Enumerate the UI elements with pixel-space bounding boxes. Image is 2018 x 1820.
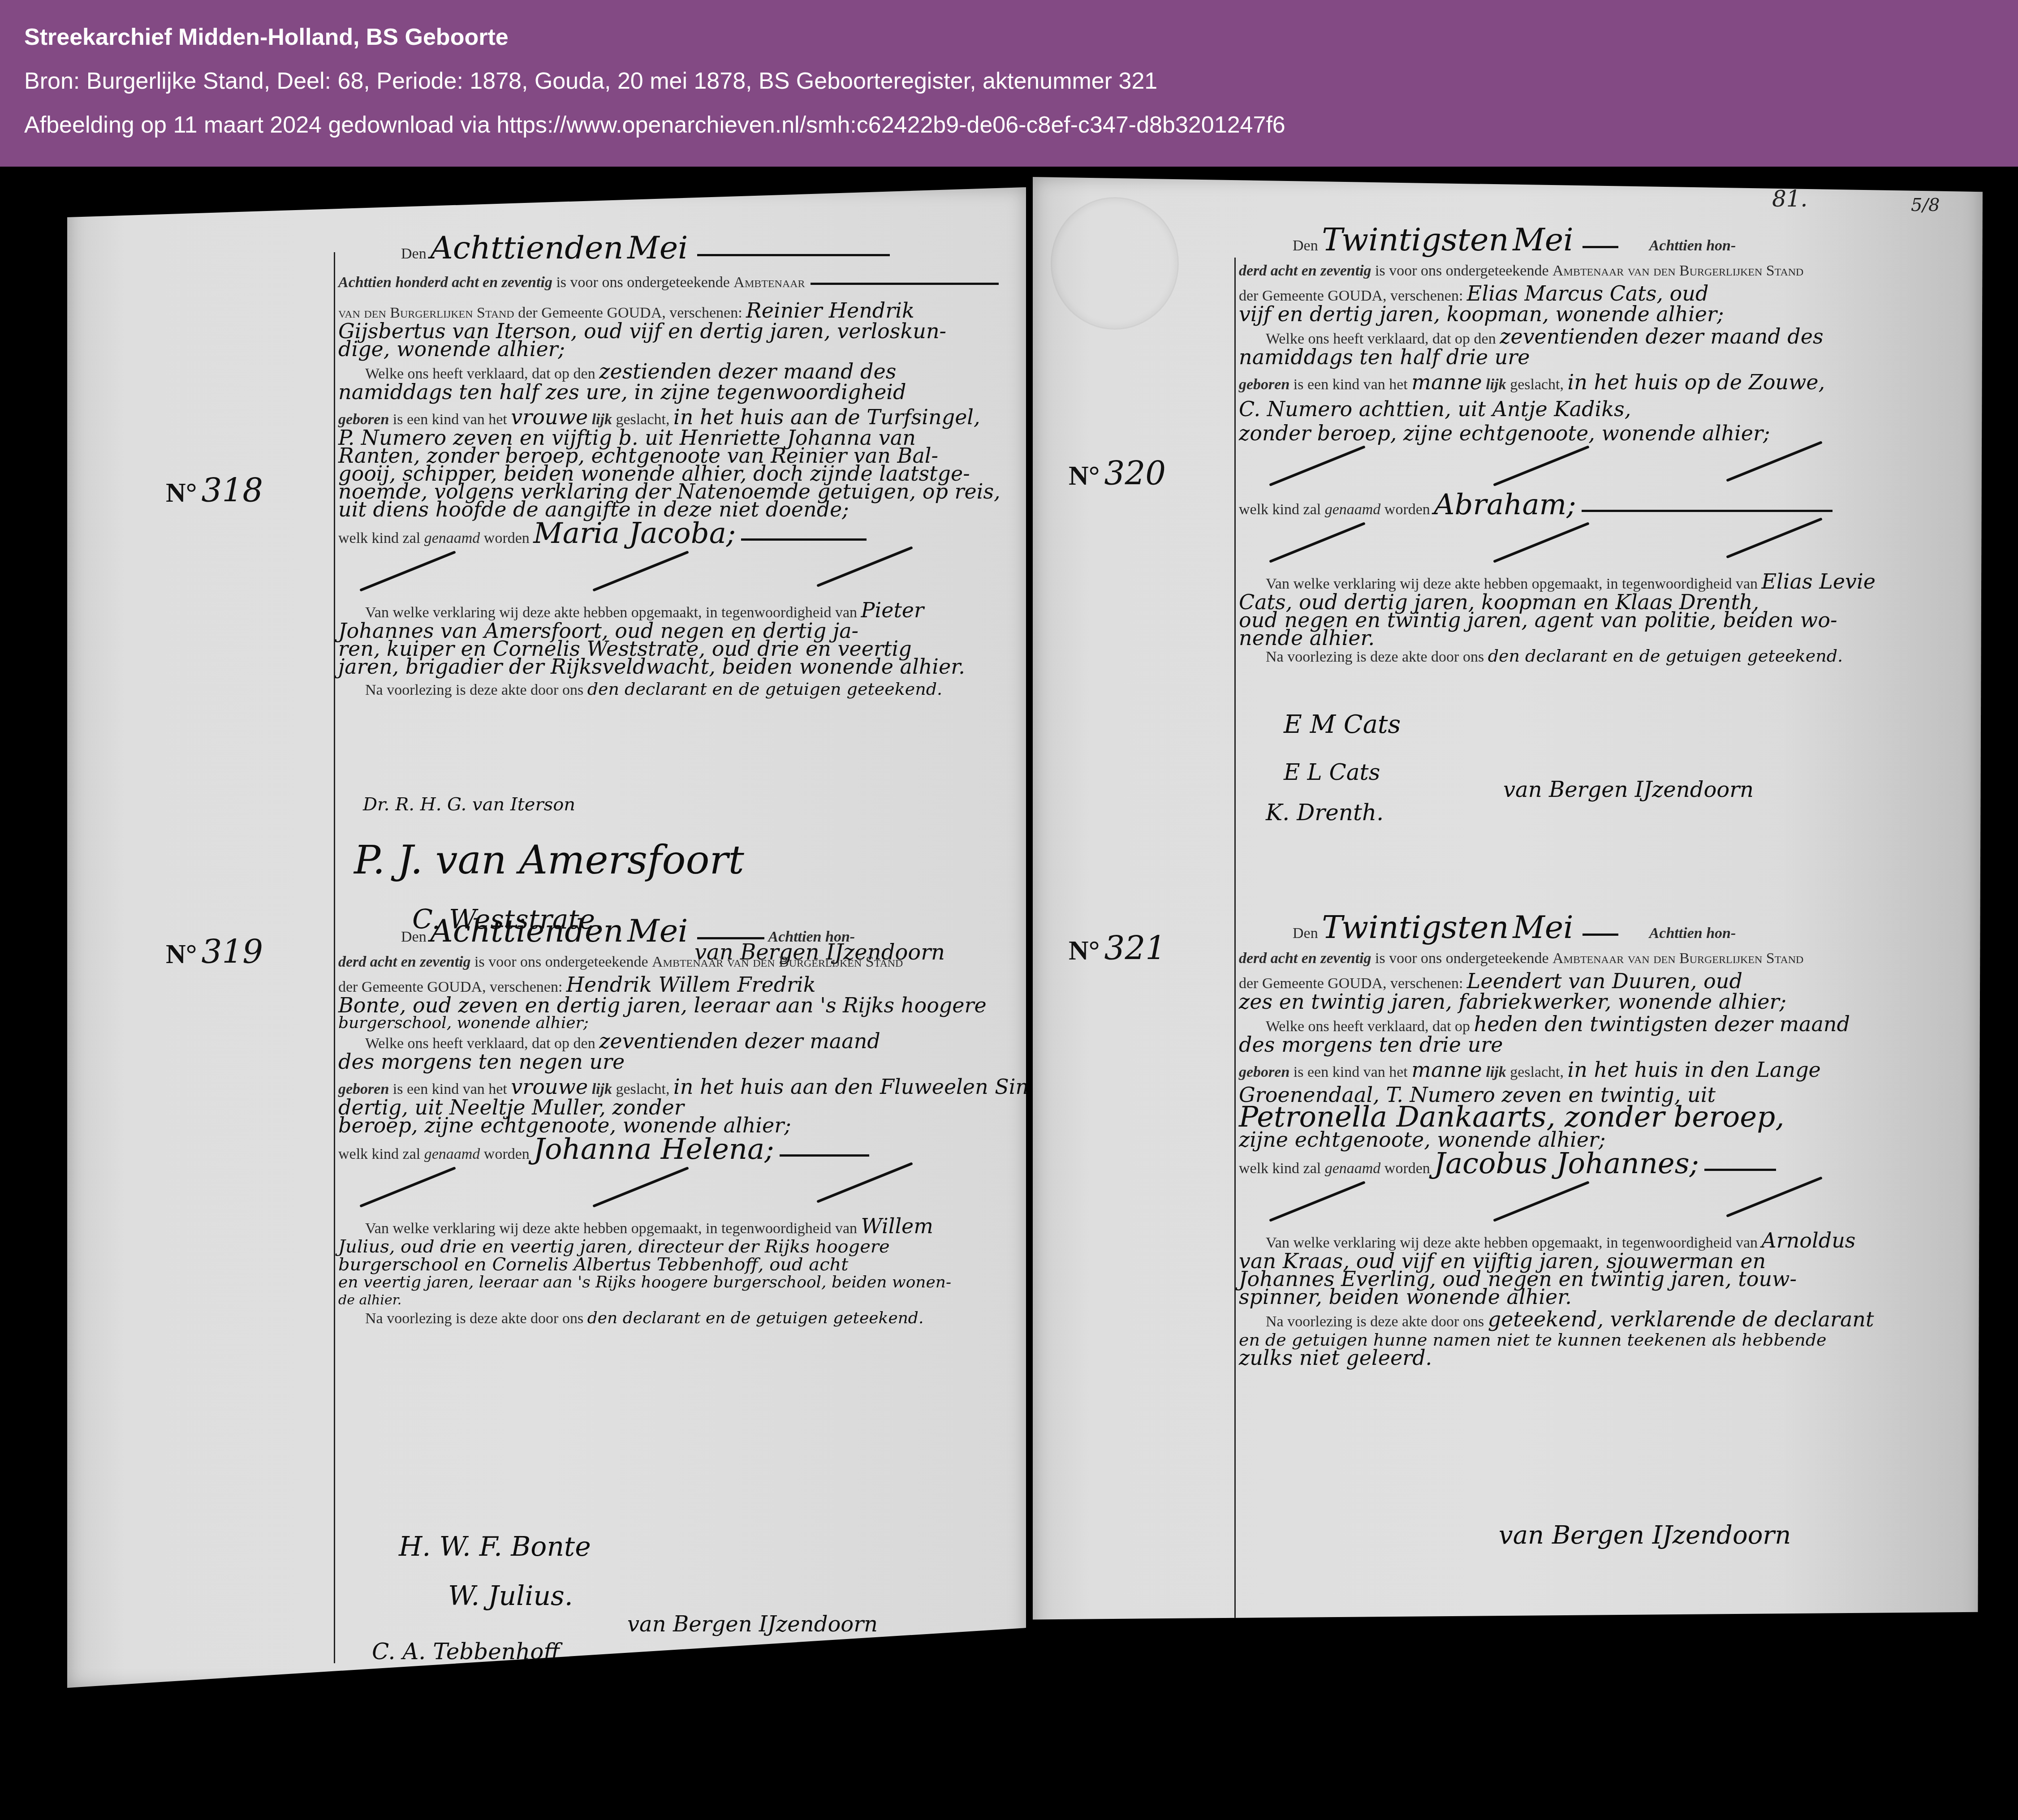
source-citation: Bron: Burgerlijke Stand, Deel: 68, Perio… [24,67,2018,95]
birth-record-319: Den Achttienden Mei Achttien hon- derd a… [338,922,1010,1328]
download-notice: Afbeelding op 11 maart 2024 gedownload v… [24,111,2018,139]
signature-witness-1: W. Julius. [448,1580,573,1612]
signature-declarant: Dr. R. H. G. van Iterson [363,794,575,815]
signature-witness-2: C. A. Tebbenhoff [372,1639,560,1665]
entry-number-321: N°321 [1069,929,1166,967]
child-name: Johanna Helena; [533,1133,774,1166]
signature-declarant: H. W. F. Bonte [399,1531,591,1562]
archive-header: Streekarchief Midden-Holland, BS Geboort… [0,0,2018,167]
birth-record-318: Den Achttienden Mei Achttien honderd ach… [338,239,1010,699]
left-register-page: N°318 Den Achttienden Mei Achttien honde… [67,187,1026,1688]
birth-record-320: Den Twintigsten Mei Achttien hon- derd a… [1239,231,1978,666]
record-month: Mei [627,229,688,266]
signature-official: van Bergen IJzendoorn [1503,777,1754,802]
signature-official: van Bergen IJzendoorn [627,1612,878,1637]
signature-official: van Bergen IJzendoorn [1499,1521,1791,1550]
corner-annotation: 5/8 [1911,195,1940,215]
child-name: Maria Jacoba; [533,517,736,550]
right-register-page: 81. 5/8 N°320 Den Twintigsten Mei Achtti… [1033,177,1983,1664]
embossed-seal [1051,197,1179,330]
signature-declarant: E M Cats [1284,710,1401,739]
child-name: Abraham; [1434,488,1576,521]
margin-rule [334,252,335,1663]
entry-number-319: N°319 [166,933,263,971]
signature-witness-2: K. Drenth. [1266,800,1384,826]
archive-title: Streekarchief Midden-Holland, BS Geboort… [24,23,2018,51]
birth-record-321: Den Twintigsten Mei Achttien hon- derd a… [1239,918,1978,1367]
page-number: 81. [1772,186,1808,212]
signature-witness-1: P. J. van Amersfoort [354,837,744,883]
entry-number-318: N°318 [166,472,263,509]
child-name: Jacobus Johannes; [1434,1147,1699,1180]
entry-number-320: N°320 [1069,455,1166,492]
margin-rule [1234,258,1236,1624]
signature-witness-1: E L Cats [1284,759,1380,785]
record-day: Achttienden [430,229,623,266]
